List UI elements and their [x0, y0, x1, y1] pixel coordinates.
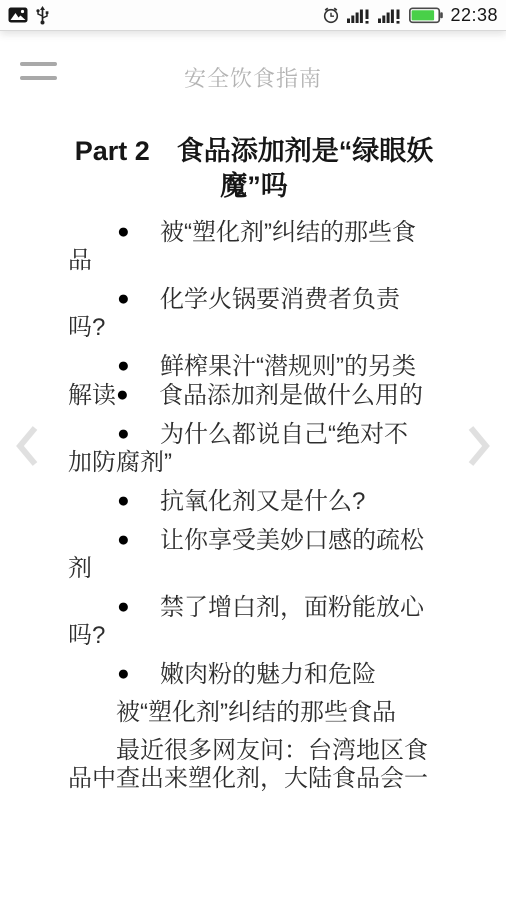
item-plasticizer-foods: ●被“塑化剂”纠结的那些食品	[68, 218, 440, 275]
item-antioxidant: ●抗氧化剂又是什么?	[68, 487, 440, 516]
reader-content: Part 2 食品添加剂是“绿眼妖 魔”吗 ●被“塑化剂”纠结的那些食品●化学火…	[0, 110, 506, 803]
item-meat-tenderizer: ●嫩肉粉的魅力和危险	[68, 660, 440, 689]
chapter-heading: Part 2 食品添加剂是“绿眼妖 魔”吗	[68, 134, 440, 204]
item-leavening-agent: ●让你享受美妙口感的疏松剂	[68, 526, 440, 583]
screenshot-icon	[8, 7, 28, 23]
status-bar: 22:38	[0, 0, 506, 30]
section-title-plasticizer-foods: 被“塑化剂”纠结的那些食品	[68, 699, 440, 727]
text-line: 加防腐剂”	[68, 449, 440, 477]
list-item-text: 鲜榨果汁“潜规则”的另类	[160, 353, 416, 380]
bullet-icon: ●	[117, 526, 160, 554]
bullet-icon: ●	[117, 352, 160, 380]
text-line: ●化学火锅要消费者负责	[68, 285, 440, 314]
signal-strength-sim2-icon	[378, 6, 402, 24]
text-line: 最近很多网友问：台湾地区食	[68, 737, 440, 765]
alarm-clock-icon	[322, 6, 340, 24]
list-item-text: 嫩肉粉的魅力和危险	[160, 661, 376, 688]
status-time: 22:38	[450, 5, 498, 26]
chapter-body: ●被“塑化剂”纠结的那些食品●化学火锅要消费者负责吗?●鲜榨果汁“潜规则”的另类…	[68, 218, 440, 793]
item-flour-whitener-ban: ●禁了增白剂，面粉能放心吗?	[68, 593, 440, 650]
bullet-icon: ●	[117, 487, 160, 515]
bullet-icon: ●	[117, 218, 160, 246]
text-line: 剂	[68, 555, 440, 583]
list-item-text: 化学火锅要消费者负责	[160, 286, 400, 313]
text-line: 吗?	[68, 314, 440, 342]
text-line: ●为什么都说自己“绝对不	[68, 420, 440, 449]
status-bar-left	[8, 6, 50, 25]
text-line: 解读●食品添加剂是做什么用的	[68, 381, 440, 410]
wrapped-text: 解读	[68, 382, 116, 409]
bullet-icon: ●	[117, 285, 160, 313]
list-item-text: 被“塑化剂”纠结的那些食	[160, 219, 416, 246]
bullet-icon: ●	[117, 593, 160, 621]
text-line: ●抗氧化剂又是什么?	[68, 487, 440, 516]
status-bar-right: 22:38	[322, 5, 498, 26]
text-line: ●让你享受美妙口感的疏松	[68, 526, 440, 555]
text-line: 品	[68, 247, 440, 275]
list-item-text: 为什么都说自己“绝对不	[160, 421, 408, 448]
battery-icon	[409, 7, 443, 24]
body-paragraph: 最近很多网友问：台湾地区食品中查出来塑化剂，大陆食品会一	[68, 737, 440, 793]
list-item-text: 禁了增白剂，面粉能放心	[160, 594, 424, 621]
text-line: 吗?	[68, 622, 440, 650]
text-line: 被“塑化剂”纠结的那些食品	[68, 699, 440, 727]
chevron-right-icon[interactable]	[468, 424, 490, 468]
item-no-preservatives: ●为什么都说自己“绝对不加防腐剂”	[68, 420, 440, 477]
item-fresh-juice-and-additive-purpose: ●鲜榨果汁“潜规则”的另类解读●食品添加剂是做什么用的	[68, 352, 440, 410]
text-line: ●嫩肉粉的魅力和危险	[68, 660, 440, 689]
item-chemical-hotpot: ●化学火锅要消费者负责吗?	[68, 285, 440, 342]
bullet-icon: ●	[117, 420, 160, 448]
bullet-icon: ●	[116, 381, 159, 409]
bullet-icon: ●	[117, 660, 160, 688]
text-line: ●鲜榨果汁“潜规则”的另类	[68, 352, 440, 381]
app-header: 安全饮食指南	[0, 30, 506, 110]
page-title: 安全饮食指南	[0, 62, 506, 93]
usb-icon	[35, 6, 50, 25]
chapter-heading-line: 魔”吗	[68, 169, 440, 204]
list-item-text: 让你享受美妙口感的疏松	[160, 527, 424, 554]
signal-strength-sim1-icon	[347, 6, 371, 24]
text-line: ●被“塑化剂”纠结的那些食	[68, 218, 440, 247]
chevron-left-icon[interactable]	[16, 424, 38, 468]
chapter-heading-line: Part 2 食品添加剂是“绿眼妖	[68, 134, 440, 169]
text-line: 品中查出来塑化剂，大陆食品会一	[68, 765, 440, 793]
text-line: ●禁了增白剂，面粉能放心	[68, 593, 440, 622]
list-item-text: 抗氧化剂又是什么?	[160, 488, 365, 515]
list-item-text: 食品添加剂是做什么用的	[159, 382, 423, 409]
